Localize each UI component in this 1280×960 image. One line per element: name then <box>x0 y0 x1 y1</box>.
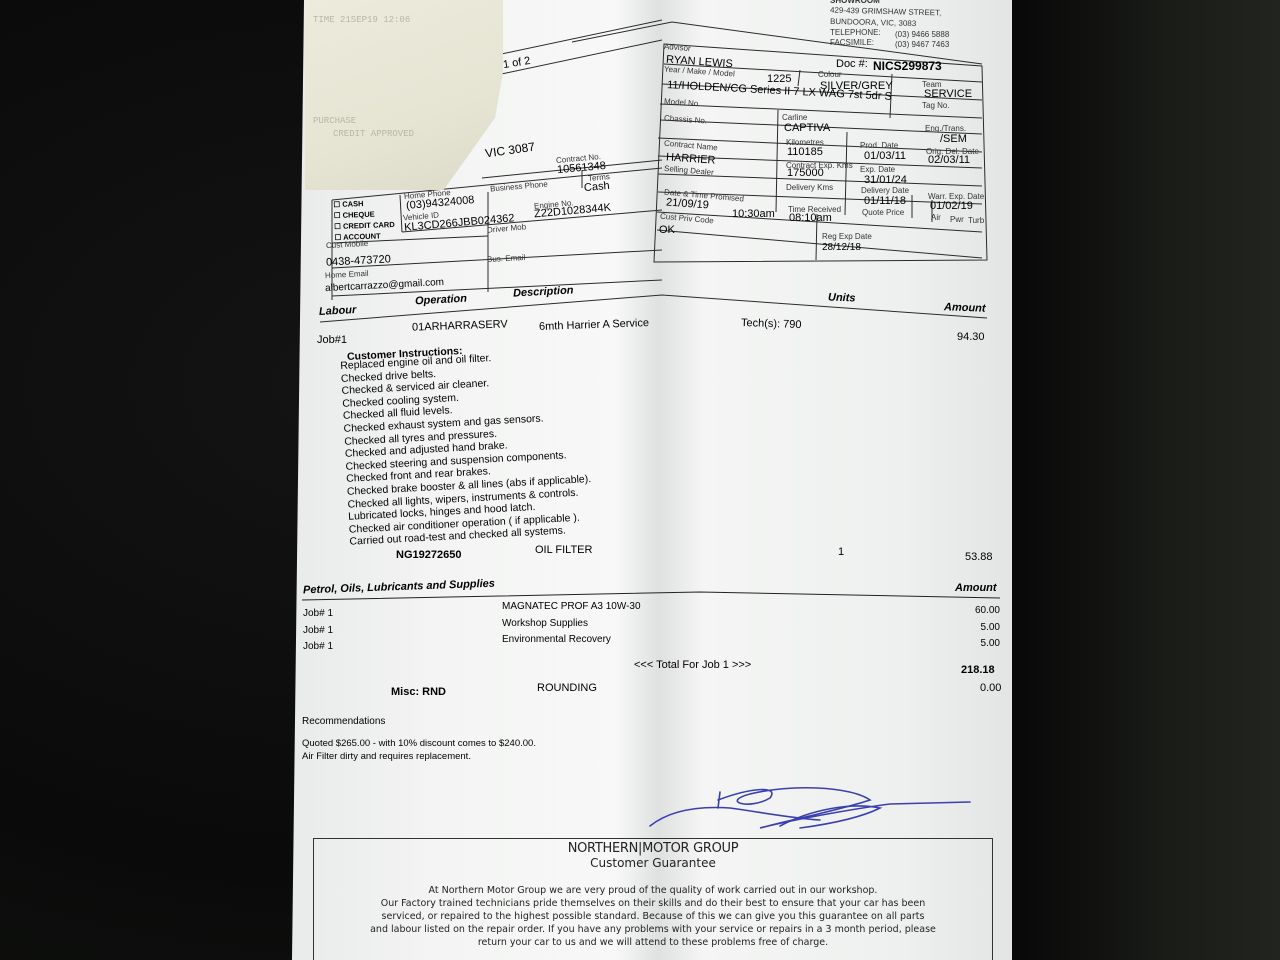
recommendation-item: Air Filter dirty and requires replacemen… <box>302 750 536 763</box>
exp-date-label: Exp. Date <box>860 165 895 174</box>
supply-description: Workshop Supplies <box>502 616 641 633</box>
part-units: 1 <box>838 546 844 558</box>
supply-description: MAGNATEC PROF A3 10W-30 <box>502 599 641 616</box>
eng-trans-label: Eng./Trans. <box>925 124 966 133</box>
payment-options: ☐ CASH ☐ CHEQUE ☐ CREDIT CARD ☐ ACCOUNT <box>333 197 395 243</box>
warr-exp-date: 01/02/19 <box>930 200 973 212</box>
doc-number: NICS299873 <box>873 59 942 73</box>
carline-label: Carline <box>782 113 807 122</box>
supply-job: Job# 1 <box>303 639 333 656</box>
reg-exp-date: 28/12/18 <box>822 242 861 253</box>
supplies-jobs: Job# 1 Job# 1 Job# 1 <box>303 606 333 656</box>
supplies-divider <box>300 590 1000 602</box>
job-number: Job#1 <box>317 334 347 346</box>
prod-date: 01/03/11 <box>864 150 906 162</box>
supplies-descriptions: MAGNATEC PROF A3 10W-30 Workshop Supplie… <box>502 599 641 649</box>
delivery-date: 01/11/18 <box>864 195 906 207</box>
background-carpet <box>1000 0 1280 960</box>
guarantee-line: Our Factory trained technicians pride th… <box>314 897 992 910</box>
guarantee-line: and labour listed on the repair order. I… <box>314 923 992 936</box>
recommendations-list: Quoted $265.00 - with 10% discount comes… <box>302 737 536 763</box>
receipt-line: PURCHASE <box>313 115 495 128</box>
terms: Cash <box>584 180 611 194</box>
part-amount: 53.88 <box>965 551 993 563</box>
units-header: Units <box>828 292 856 305</box>
amount-header: Amount <box>944 301 986 314</box>
promised-time: 10:30am <box>732 208 775 220</box>
kilometres: 110185 <box>787 146 823 158</box>
supply-job: Job# 1 <box>303 623 333 640</box>
carline: CAPTIVA <box>784 122 830 134</box>
customer-signature <box>600 780 980 840</box>
guarantee-line: return your car to us and we will attend… <box>314 936 992 949</box>
misc-label: Misc: RND <box>391 686 446 698</box>
recommendations-title: Recommendations <box>302 716 385 727</box>
techs: Tech(s): 790 <box>741 317 802 331</box>
customer-guarantee-box: NORTHERN|MOTOR GROUP Customer Guarantee … <box>313 838 993 960</box>
eng-trans: /SEM <box>940 133 967 145</box>
tag-no-label: Tag No. <box>922 101 950 110</box>
delivery-kms-label: Delivery Kms <box>786 183 833 192</box>
colour-label: Colour <box>818 70 842 79</box>
misc-amount: 0.00 <box>980 682 1001 694</box>
supply-amount: 5.00 <box>962 620 1000 637</box>
delivery-date-label: Delivery Date <box>861 186 909 195</box>
quote-price-label: Quote Price <box>862 208 904 217</box>
prod-date-label: Prod. Date <box>860 141 898 150</box>
turb-label: Turb <box>968 216 984 225</box>
supply-job: Job# 1 <box>303 606 333 623</box>
guarantee-text: At Northern Motor Group we are very prou… <box>314 884 992 949</box>
exp-date: 31/01/24 <box>864 174 907 186</box>
ymm-code: 1225 <box>767 73 791 85</box>
option-label: CHEQUE <box>342 210 374 220</box>
part-name: OIL FILTER <box>535 544 592 556</box>
team: SERVICE <box>924 88 972 100</box>
brand-name: NORTHERN|MOTOR GROUP <box>314 841 992 856</box>
receipt-line: TIME 21SEP19 12:06 <box>313 14 495 27</box>
misc-description: ROUNDING <box>537 682 597 694</box>
time-received: 08:10am <box>789 212 832 224</box>
receipt-line: CREDIT APPROVED <box>313 128 495 141</box>
guarantee-line: At Northern Motor Group we are very prou… <box>314 884 992 897</box>
instructions-list: Replaced engine oil and oil filter. Chec… <box>340 347 594 548</box>
orig-del-date: 02/03/11 <box>928 154 970 166</box>
option-label: CASH <box>342 199 364 209</box>
supply-description: Environmental Recovery <box>502 632 641 649</box>
job-total-label: <<< Total For Job 1 >>> <box>634 659 751 671</box>
option-label: CREDIT CARD <box>343 220 395 231</box>
part-number: NG19272650 <box>396 549 461 561</box>
labour-header: Labour <box>319 304 357 318</box>
supply-amount: 60.00 <box>962 603 1000 620</box>
job-total-amount: 218.18 <box>961 664 995 676</box>
pwr-label: Pwr <box>950 215 964 224</box>
doc-label: Doc #: <box>836 58 868 70</box>
supplies-amounts: 60.00 5.00 5.00 <box>962 603 1000 653</box>
recommendation-item: Quoted $265.00 - with 10% discount comes… <box>302 737 536 750</box>
guarantee-line: serviced, or repaired to the highest pos… <box>314 910 992 923</box>
cust-priv-code: OK <box>659 224 675 236</box>
contract-exp-kms: 175000 <box>787 167 824 179</box>
air-label: Air <box>931 213 941 222</box>
supply-amount: 5.00 <box>962 636 1000 653</box>
reg-exp-label: Reg Exp Date <box>822 232 872 241</box>
labour-amount: 94.30 <box>957 331 985 343</box>
guarantee-title: Customer Guarantee <box>314 856 992 870</box>
